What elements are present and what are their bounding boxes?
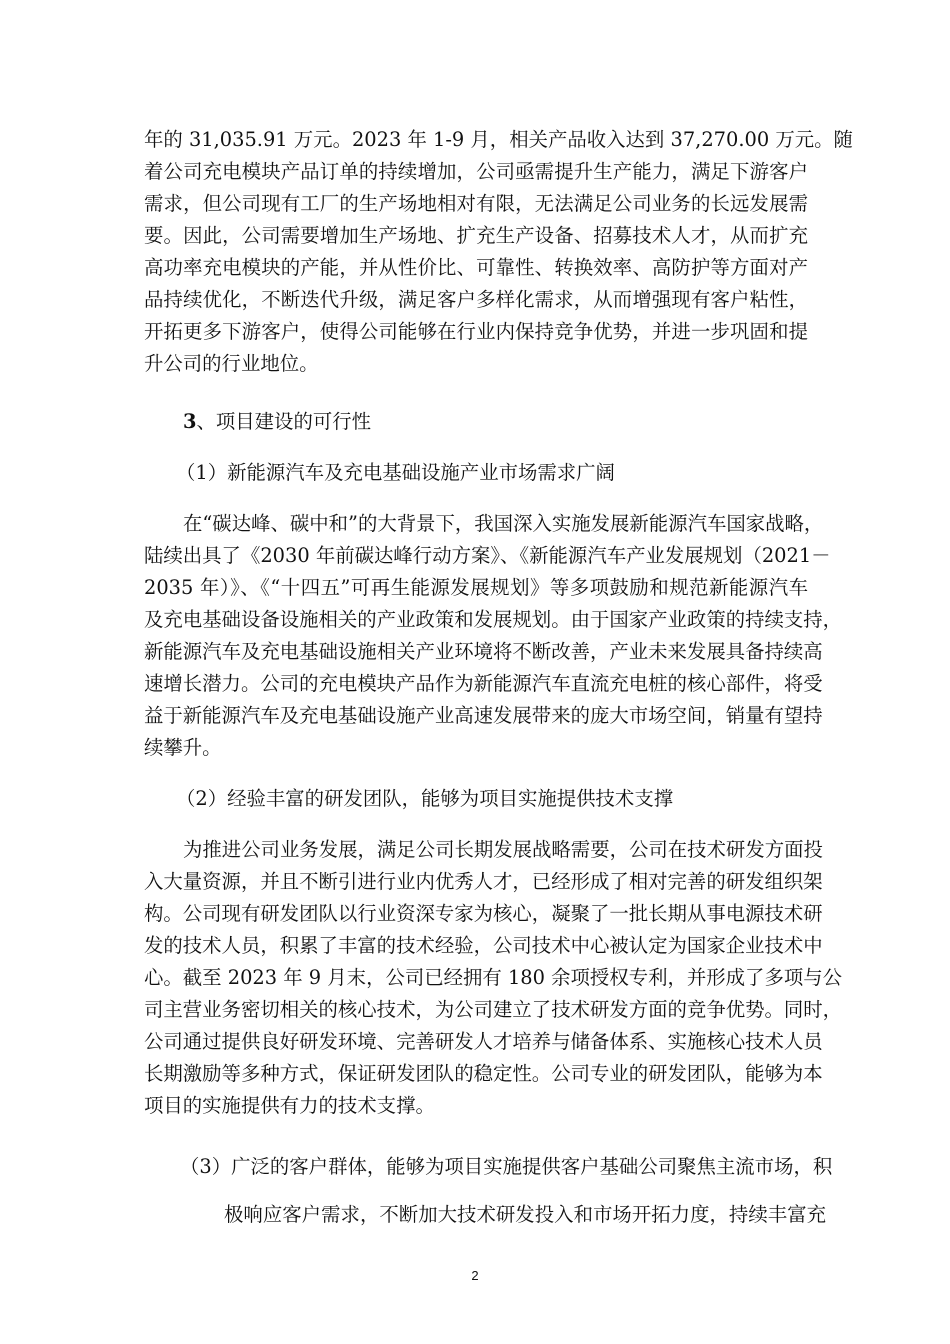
section-number: 3: [183, 410, 197, 433]
subsection-title: （3）广泛的客户群体，能够为项目实施提供客户基础公司聚焦主流市场，积: [180, 1155, 826, 1179]
body-text-line: 续攀升。: [144, 736, 808, 760]
body-text-line: 构。公司现有研发团队以行业资深专家为核心，凝聚了一批长期从事电源技术研: [144, 902, 808, 926]
body-text-line: 着公司充电模块产品订单的持续增加，公司亟需提升生产能力，满足下游客户: [144, 160, 808, 184]
body-text-line: 新能源汽车及充电基础设施相关产业环境将不断改善，产业未来发展具备持续高: [144, 640, 808, 664]
document-page: 年的 31,035.91 万元。2023 年 1-9 月，相关产品收入达到 37…: [0, 0, 950, 1344]
body-text-line: 要。因此，公司需要增加生产场地、扩充生产设备、招募技术人才，从而扩充: [144, 224, 808, 248]
body-text-line: 需求，但公司现有工厂的生产场地相对有限，无法满足公司业务的长远发展需: [144, 192, 808, 216]
body-text-line: 益于新能源汽车及充电基础设施产业高速发展带来的庞大市场空间，销量有望持: [144, 704, 808, 728]
body-text-line: 长期激励等多种方式，保证研发团队的稳定性。公司专业的研发团队，能够为本: [144, 1062, 808, 1086]
body-text-line: 升公司的行业地位。: [144, 352, 808, 376]
section-title: 、项目建设的可行性: [197, 410, 372, 433]
body-text-line: 项目的实施提供有力的技术支撑。: [144, 1094, 808, 1118]
body-text-line: 公司通过提供良好研发环境、完善研发人才培养与储备体系、实施核心技术人员: [144, 1030, 808, 1054]
body-text-line: 高功率充电模块的产能，并从性价比、可靠性、转换效率、高防护等方面对产: [144, 256, 808, 280]
body-text-line: 年的 31,035.91 万元。2023 年 1-9 月，相关产品收入达到 37…: [144, 128, 808, 152]
body-text-line: 开拓更多下游客户，使得公司能够在行业内保持竞争优势，并进一步巩固和提: [144, 320, 808, 344]
body-text-line: 发的技术人员，积累了丰富的技术经验，公司技术中心被认定为国家企业技术中: [144, 934, 808, 958]
body-text-line: 陆续出具了《2030 年前碳达峰行动方案》、《新能源汽车产业发展规划（2021－: [144, 544, 808, 568]
body-text-line: 品持续优化，不断迭代升级，满足客户多样化需求，从而增强现有客户粘性，: [144, 288, 808, 312]
body-text-line: 极响应客户需求，不断加大技术研发投入和市场开拓力度，持续丰富充: [224, 1203, 826, 1227]
body-text-line: 2035 年）》、《“十四五”可再生能源发展规划》等多项鼓励和规范新能源汽车: [144, 576, 808, 600]
body-text-line: 司主营业务密切相关的核心技术，为公司建立了技术研发方面的竞争优势。同时，: [144, 998, 808, 1022]
subsection-title: （2）经验丰富的研发团队，能够为项目实施提供技术支撑: [176, 787, 840, 811]
body-text-line: 速增长潜力。公司的充电模块产品作为新能源汽车直流充电桩的核心部件，将受: [144, 672, 808, 696]
body-text-line: 心。截至 2023 年 9 月末，公司已经拥有 180 余项授权专利，并形成了多…: [144, 966, 808, 990]
page-number: 2: [0, 1268, 950, 1283]
body-text-line: 入大量资源，并且不断引进行业内优秀人才，已经形成了相对完善的研发组织架: [144, 870, 808, 894]
body-text-line: 为推进公司业务发展，满足公司长期发展战略需要，公司在技术研发方面投: [183, 838, 808, 862]
body-text-line: 及充电基础设备设施相关的产业政策和发展规划。由于国家产业政策的持续支持，: [144, 608, 808, 632]
section-heading: 3、项目建设的可行性: [183, 410, 847, 434]
subsection-title: （1）新能源汽车及充电基础设施产业市场需求广阔: [176, 461, 840, 485]
body-text-line: 在“碳达峰、碳中和”的大背景下，我国深入实施发展新能源汽车国家战略，: [183, 512, 808, 536]
